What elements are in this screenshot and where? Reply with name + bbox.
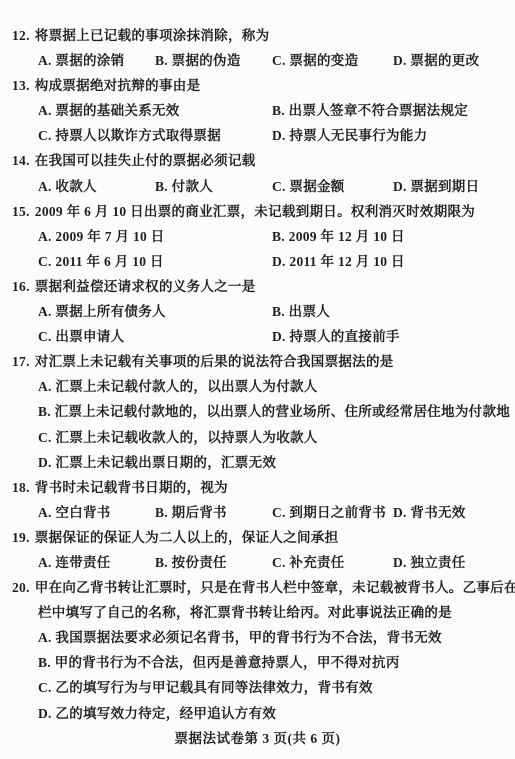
question-16-options-ab: A. 票据上所有债务人 B. 出票人 [0,299,515,324]
option-a: A. 汇票上未记载付款人的，以出票人为付款人 [0,374,515,399]
question-text: 背书时未记载背书日期的，视为 [35,480,228,495]
question-text: 甲在向乙背书转让汇票时，只是在背书人栏中签章，未记载被背书人。乙事后在被背书人 [35,580,515,595]
question-18-stem: 18.背书时未记载背书日期的，视为 [0,475,515,500]
question-number: 13. [12,78,30,93]
question-number: 16. [12,279,30,294]
question-13-options-ab: A. 票据的基础关系无效 B. 出票人签章不符合票据法规定 [0,98,515,123]
question-number: 15. [12,204,30,219]
question-text: 2009 年 6 月 10 日出票的商业汇票，未记载到期日。权利消灭时效期限为 [35,204,475,219]
question-17-stem: 17.对汇票上未记载有关事项的后果的说法符合我国票据法的是 [0,349,515,374]
option-d: D. 汇票上未记载出票日期的，汇票无效 [0,450,515,475]
option-a: A. 空白背书 [38,500,155,525]
option-b: B. 期后背书 [155,500,272,525]
option-d: D. 2011 年 12 月 10 日 [272,249,515,274]
question-number: 12. [12,28,30,43]
question-19-stem: 19.票据保证的保证人为二人以上的，保证人之间承担 [0,525,515,550]
option-a: A. 票据上所有债务人 [38,299,272,324]
question-18-options: A. 空白背书 B. 期后背书 C. 到期日之前背书 D. 背书无效 [0,500,515,525]
question-20-stem-line2: 栏中填写了自己的名称，将汇票背书转让给丙。对此事说法正确的是 [0,600,515,625]
question-number: 19. [12,530,30,545]
question-number: 14. [12,153,30,168]
option-a: A. 收款人 [38,174,155,199]
option-c: C. 出票申请人 [38,324,272,349]
option-d: D. 独立责任 [393,550,515,575]
question-14-stem: 14.在我国可以挂失止付的票据必须记载 [0,148,515,173]
question-number: 20. [12,580,30,595]
option-b: B. 按份责任 [155,550,272,575]
question-number: 18. [12,480,30,495]
option-d: D. 持票人的直接前手 [272,324,515,349]
option-c: C. 到期日之前背书 [272,500,393,525]
question-16-options-cd: C. 出票申请人 D. 持票人的直接前手 [0,324,515,349]
option-a: A. 我国票据法要求必须记名背书，甲的背书行为不合法，背书无效 [0,625,515,650]
option-c: C. 2011 年 6 月 10 日 [38,249,272,274]
question-text: 票据保证的保证人为二人以上的，保证人之间承担 [35,530,339,545]
option-b: B. 甲的背书行为不合法，但丙是善意持票人，甲不得对抗丙 [0,650,515,675]
question-text: 票据利益偿还请求权的义务人之一是 [35,279,256,294]
question-number: 17. [12,354,30,369]
option-b: B. 付款人 [155,174,272,199]
option-d: D. 乙的填写效力待定，经甲追认方有效 [0,701,515,726]
option-d: D. 票据到期日 [393,174,515,199]
question-19-options: A. 连带责任 B. 按份责任 C. 补充责任 D. 独立责任 [0,550,515,575]
question-12-options: A. 票据的涂销 B. 票据的伪造 C. 票据的变造 D. 票据的更改 [0,48,515,73]
option-c: C. 票据的变造 [272,48,393,73]
question-12-stem: 12.将票据上已记载的事项涂抹消除，称为 [0,23,515,48]
exam-page: 12.将票据上已记载的事项涂抹消除，称为 A. 票据的涂销 B. 票据的伪造 C… [0,0,515,759]
option-a: A. 票据的基础关系无效 [38,98,272,123]
option-b: B. 票据的伪造 [155,48,272,73]
question-15-options-cd: C. 2011 年 6 月 10 日 D. 2011 年 12 月 10 日 [0,249,515,274]
question-text: 对汇票上未记载有关事项的后果的说法符合我国票据法的是 [35,354,394,369]
option-b: B. 出票人签章不符合票据法规定 [272,98,515,123]
option-d: D. 背书无效 [393,500,515,525]
option-c: C. 汇票上未记载收款人的，以持票人为收款人 [0,425,515,450]
option-b: B. 汇票上未记载付款地的，以出票人的营业场所、住所或经常居住地为付款地 [0,399,515,424]
question-14-options: A. 收款人 B. 付款人 C. 票据金额 D. 票据到期日 [0,174,515,199]
option-b: B. 出票人 [272,299,515,324]
option-c: C. 票据金额 [272,174,393,199]
option-c: C. 持票人以欺诈方式取得票据 [38,123,272,148]
question-13-stem: 13.构成票据绝对抗辩的事由是 [0,73,515,98]
question-20-stem-line1: 20.甲在向乙背书转让汇票时，只是在背书人栏中签章，未记载被背书人。乙事后在被背… [0,575,515,600]
page-footer: 票据法试卷第 3 页(共 6 页) [0,726,515,751]
question-text: 构成票据绝对抗辩的事由是 [35,78,201,93]
option-b: B. 2009 年 12 月 10 日 [272,224,515,249]
option-c: C. 乙的填写行为与甲记载具有同等法律效力，背书有效 [0,675,515,700]
option-a: A. 连带责任 [38,550,155,575]
question-15-stem: 15.2009 年 6 月 10 日出票的商业汇票，未记载到期日。权利消灭时效期… [0,199,515,224]
option-d: D. 持票人无民事行为能力 [272,123,515,148]
question-13-options-cd: C. 持票人以欺诈方式取得票据 D. 持票人无民事行为能力 [0,123,515,148]
option-a: A. 2009 年 7 月 10 日 [38,224,272,249]
question-15-options-ab: A. 2009 年 7 月 10 日 B. 2009 年 12 月 10 日 [0,224,515,249]
option-c: C. 补充责任 [272,550,393,575]
option-a: A. 票据的涂销 [38,48,155,73]
option-d: D. 票据的更改 [393,48,515,73]
question-16-stem: 16.票据利益偿还请求权的义务人之一是 [0,274,515,299]
question-text: 在我国可以挂失止付的票据必须记载 [35,153,256,168]
question-text: 将票据上已记载的事项涂抹消除，称为 [35,28,270,43]
